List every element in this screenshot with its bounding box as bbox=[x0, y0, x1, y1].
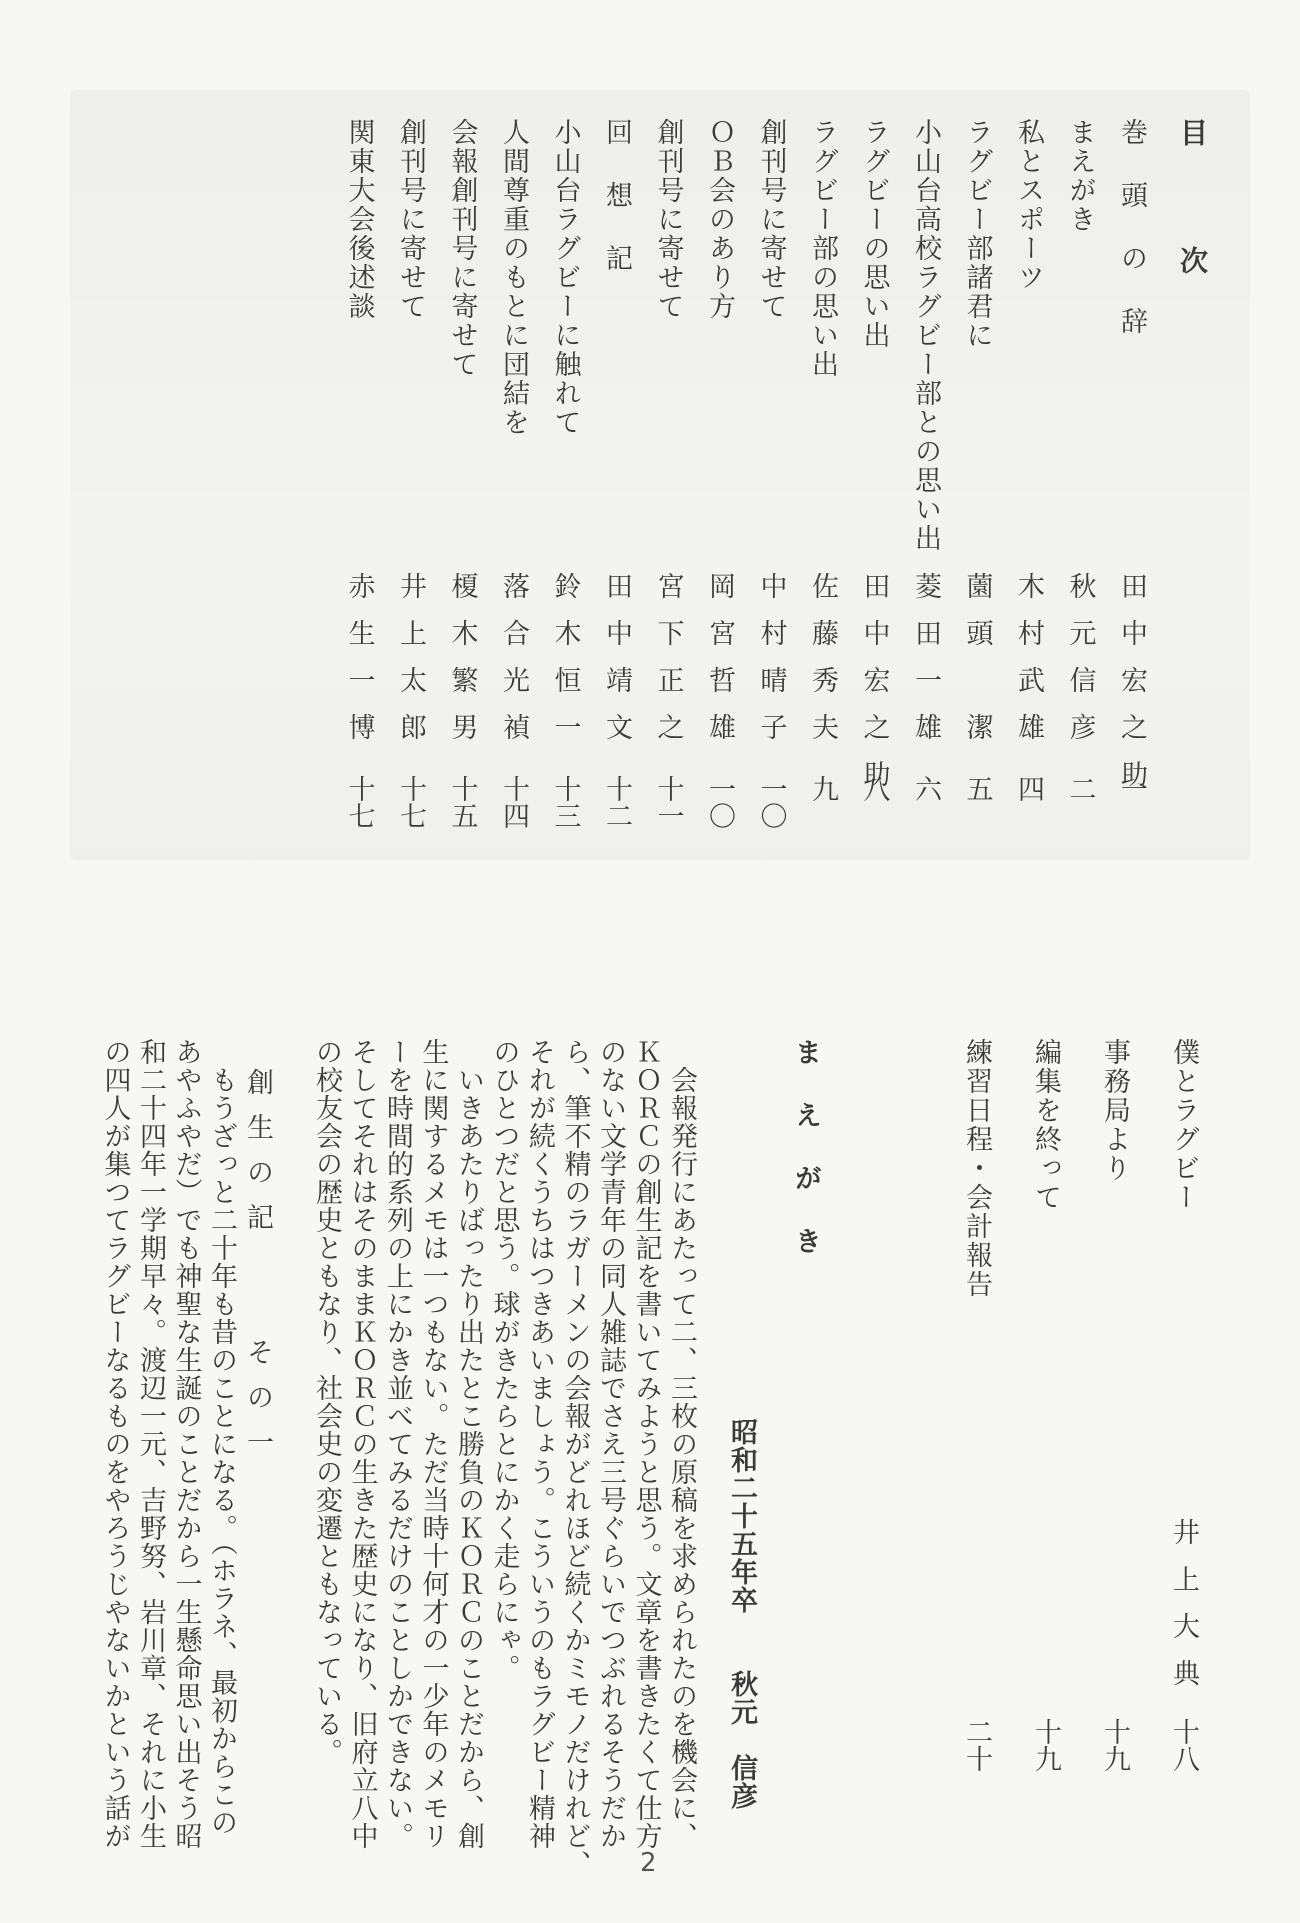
toc-entry-title: 創刊号に寄せて bbox=[758, 118, 785, 321]
toc-entry-title: 巻頭の辞 bbox=[1118, 118, 1145, 370]
toc-entry-title: ＯＢ会のあり方 bbox=[706, 118, 733, 321]
toc-entry-page: 一 bbox=[1118, 775, 1145, 802]
toc-entry-page: 十九 bbox=[1101, 1718, 1128, 1772]
section-text-line: 和二十四年一学期早々。渡辺一元、吉野努、岩川章、それに小生 bbox=[137, 1038, 164, 1850]
toc-entry-title: 小山台高校ラグビー部との思い出 bbox=[912, 118, 939, 553]
toc-entry-author: 赤生一博 bbox=[346, 572, 373, 760]
toc-entry-page: 一〇 bbox=[758, 775, 785, 829]
toc-entry-page: 二 bbox=[1067, 775, 1094, 802]
toc-entry-page: 十八 bbox=[1170, 1718, 1197, 1772]
toc-entry-author: 井上大典 bbox=[1170, 1518, 1197, 1706]
toc-entry-title: 回想記 bbox=[603, 118, 630, 307]
toc-entry-author: 秋元信彦 bbox=[1067, 572, 1094, 760]
section-text-line: もうざっと二十年も昔のことになる。（ホラネ、最初からこの bbox=[208, 1038, 235, 1837]
section-text-line: あやふやだ）でも神聖な生誕のことだから一生懸命思い出そう昭 bbox=[173, 1038, 200, 1850]
toc-entry-author: 落合光禎 bbox=[500, 572, 527, 760]
toc-entry-page: 十三 bbox=[552, 775, 579, 829]
body-text-line: そしてそれはそのままＫＯＲＣの生きた歴史になり、旧府立八中 bbox=[349, 1038, 376, 1850]
body-text-line: ーを時間的系列の上にかき並べてみるだけのことしかできない。 bbox=[384, 1038, 411, 1850]
toc-entry-page: 十四 bbox=[500, 775, 527, 829]
body-text-line: のひとつだと思う。球がきたらとにかく走らにゃ。 bbox=[491, 1038, 518, 1682]
toc-entry-page: 四 bbox=[1015, 775, 1042, 802]
section-text-line: の四人が集つてラグビーなるものをやろうじやないかという話が bbox=[102, 1038, 129, 1850]
toc-entry-page: 十一 bbox=[655, 775, 682, 829]
toc-entry-page: 八 bbox=[861, 775, 888, 802]
toc-entry-author: 鈴木恒一 bbox=[552, 572, 579, 760]
toc-entry-author: 薗頭 潔 bbox=[964, 572, 991, 760]
toc-entry-title: 関東大会後述談 bbox=[346, 118, 373, 321]
article-heading: まえがき bbox=[792, 1038, 819, 1290]
toc-entry-page: 六 bbox=[912, 775, 939, 802]
toc-entry-page: 十七 bbox=[397, 775, 424, 829]
toc-entry-page: 九 bbox=[809, 775, 836, 802]
toc-entry-title: まえがき bbox=[1067, 118, 1094, 234]
toc-entry-page: 二十 bbox=[963, 1718, 990, 1772]
toc-entry-author: 岡宮哲雄 bbox=[706, 572, 733, 760]
body-text-line: の校友会の歴史ともなり、社会史の変遷ともなっている。 bbox=[313, 1038, 340, 1766]
toc-entry-title: 小山台ラグビーに触れて bbox=[552, 118, 579, 437]
toc-entry-title: 僕とラグビー bbox=[1170, 1038, 1197, 1212]
toc-entry-page: 十二 bbox=[603, 775, 630, 829]
toc-entry-title: 創刊号に寄せて bbox=[397, 118, 424, 321]
toc-entry-author: 井上太郎 bbox=[397, 572, 424, 760]
toc-entry-author: 田中靖文 bbox=[603, 572, 630, 760]
toc-entry-author: 宮下正之 bbox=[655, 572, 682, 760]
toc-entry-author: 榎木繁男 bbox=[449, 572, 476, 760]
toc-entry-page: 一〇 bbox=[706, 775, 733, 829]
article-byline: 昭和二十五年卒 秋元 信彦 bbox=[728, 1418, 755, 1810]
page-number: 2 bbox=[640, 1848, 657, 1878]
toc-entry-title: 私とスポーツ bbox=[1015, 118, 1042, 292]
toc-entry-author: 田中宏之助 bbox=[1118, 572, 1145, 807]
body-text-line: ら、筆不精のラガーメンの会報がどれほど続くかミモノだけれど、 bbox=[562, 1038, 589, 1878]
toc-title: 目 次 bbox=[1178, 118, 1206, 310]
toc-entry-page: 十九 bbox=[1032, 1718, 1059, 1772]
toc-entry-title: 会報創刊号に寄せて bbox=[449, 118, 476, 379]
toc-entry-title: 練習日程・会計報告 bbox=[963, 1038, 990, 1299]
toc-entry-title: ラグビー部諸君に bbox=[964, 118, 991, 350]
toc-entry-page: 十七 bbox=[346, 775, 373, 829]
toc-entry-page: 十五 bbox=[449, 775, 476, 829]
toc-entry-author: 佐藤秀夫 bbox=[809, 572, 836, 760]
toc-entry-author: 中村晴子 bbox=[758, 572, 785, 760]
body-text-line: それが続くうちはつきあいましょう。こういうのもラグビー精神 bbox=[526, 1038, 553, 1850]
toc-entry-author: 木村武雄 bbox=[1015, 572, 1042, 760]
body-text-line: 生に関するメモは一つもない。ただ当時十何才の一少年のメモリ bbox=[420, 1038, 447, 1850]
toc-entry-title: 事務局より bbox=[1101, 1038, 1128, 1183]
toc-entry-author: 田中宏之助 bbox=[861, 572, 888, 807]
body-text-line: いきあたりばったり出たとこ勝負のＫＯＲＣのことだから、創 bbox=[455, 1038, 482, 1850]
toc-entry-title: 人間尊重のもとに団結を bbox=[500, 118, 527, 437]
toc-entry-title: 創刊号に寄せて bbox=[655, 118, 682, 321]
body-text-line: 会報発行にあたって二、三枚の原稿を求められたのを機会に、 bbox=[668, 1038, 695, 1850]
section-heading: 創生の記 その一 bbox=[244, 1068, 271, 1473]
toc-entry-title: ラグビーの思い出 bbox=[861, 118, 888, 350]
toc-entry-author: 菱田一雄 bbox=[912, 572, 939, 760]
toc-entry-title: 編集を終って bbox=[1032, 1038, 1059, 1212]
body-text-line: のない文学青年の同人雑誌でさえ三号ぐらいでつぶれるそうだか bbox=[597, 1038, 624, 1850]
toc-entry-page: 五 bbox=[964, 775, 991, 802]
toc-entry-title: ラグビー部の思い出 bbox=[809, 118, 836, 379]
body-text-line: ＫＯＲＣの創生記を書いてみようと思う。文章を書きたくて仕方 bbox=[633, 1038, 660, 1850]
